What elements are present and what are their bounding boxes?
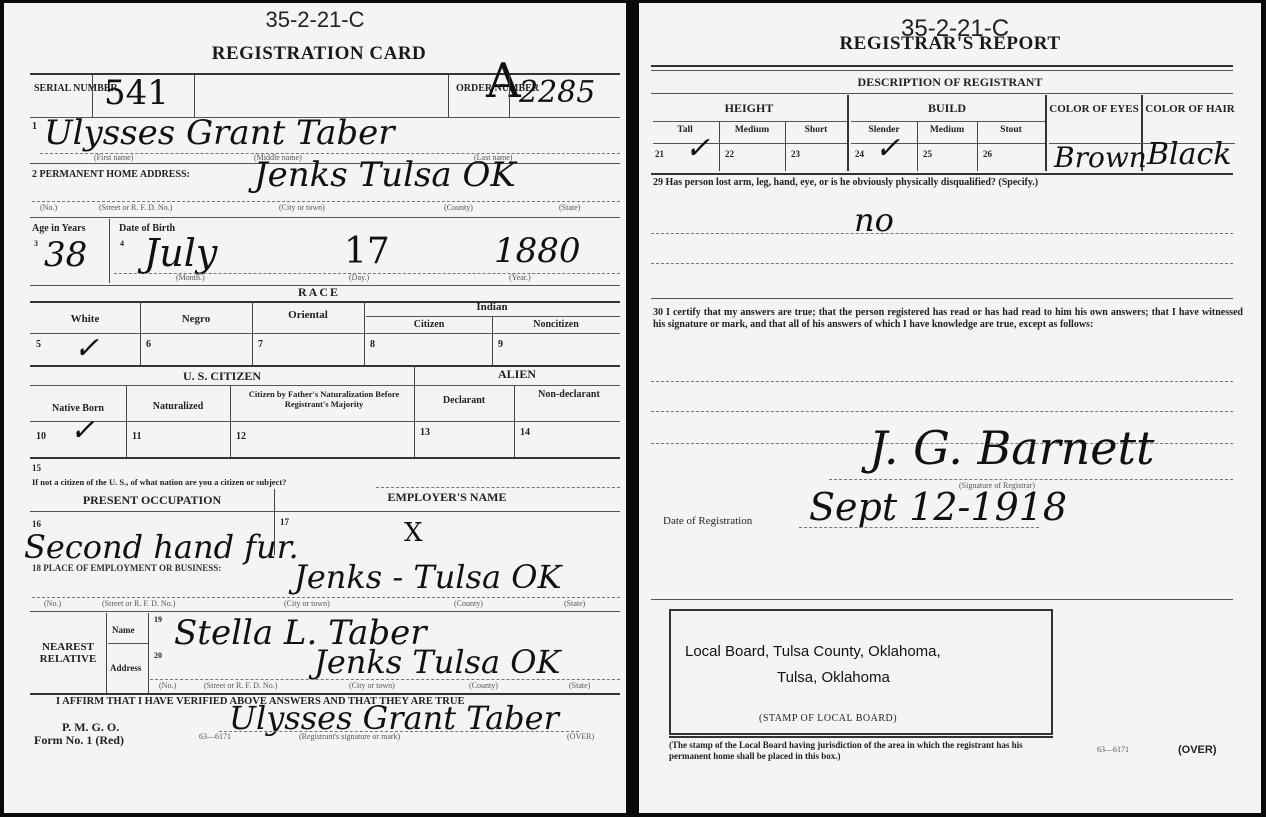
race-white-label: White <box>30 313 140 325</box>
sublabel: (No.) <box>159 681 176 690</box>
height-short-label: Short <box>785 125 847 135</box>
divider <box>108 643 148 644</box>
divider <box>30 385 620 386</box>
name-value: Ulysses Grant Taber <box>44 113 395 153</box>
race-indian-noncitizen-label: Noncitizen <box>492 319 620 330</box>
dotted-line <box>376 487 620 488</box>
divider <box>30 421 620 422</box>
height-tall-checkmark: ✓ <box>685 131 710 166</box>
divider <box>653 121 847 122</box>
card-title: REGISTRATION CARD <box>4 43 626 65</box>
field-number: 5 <box>36 339 41 350</box>
divider <box>651 65 1233 67</box>
divider <box>651 173 1233 175</box>
dotted-line <box>651 263 1233 264</box>
sublabel: (State) <box>559 203 580 212</box>
relative-address-value: Jenks Tulsa OK <box>314 643 560 681</box>
serial-label: SERIAL NUMBER <box>34 83 94 94</box>
field-number: 14 <box>520 427 530 438</box>
divider <box>448 75 449 117</box>
sublabel: (No.) <box>44 599 61 608</box>
sublabel: (State) <box>564 599 585 608</box>
occupation-label: PRESENT OCCUPATION <box>30 493 274 508</box>
field-number: 21 <box>655 149 664 159</box>
registrars-report-card: REGISTRAR'S REPORT 35-2-21-C DESCRIPTION… <box>639 3 1261 813</box>
sublabel: (Month.) <box>176 273 205 282</box>
field-number: 17 <box>280 517 289 527</box>
field-number: 23 <box>791 149 800 159</box>
us-citizen-heading: U. S. CITIZEN <box>30 369 414 384</box>
dotted-line <box>651 411 1233 412</box>
non-declarant-label: Non-declarant <box>529 389 609 400</box>
signature-label: (Registrant's signature or mark) <box>299 732 400 741</box>
sublabel: (City or town) <box>279 203 325 212</box>
race-negro-label: Negro <box>140 313 252 325</box>
field-number: 11 <box>132 431 141 442</box>
dotted-line <box>32 201 620 202</box>
order-mark: A <box>486 53 521 109</box>
eye-color-value: Brown <box>1054 141 1147 174</box>
build-heading: BUILD <box>849 101 1045 116</box>
file-number: 35-2-21-C <box>901 15 1009 43</box>
hair-heading: COLOR OF HAIR <box>1143 103 1237 115</box>
dotted-line <box>651 233 1233 234</box>
field-number: 19 <box>154 615 162 624</box>
height-medium-label: Medium <box>719 125 785 135</box>
dotted-line <box>651 381 1233 382</box>
occupation-value: Second hand fur. <box>24 528 299 566</box>
sublabel: (Year.) <box>509 273 531 282</box>
field-number: 3 <box>34 239 38 248</box>
race-white-checkmark: ✓ <box>74 331 99 366</box>
dob-year: 1880 <box>494 231 581 271</box>
divider <box>92 75 93 117</box>
sublabel: (Street or R. F. D. No.) <box>204 681 277 690</box>
divider <box>653 143 847 144</box>
serial-value: 541 <box>104 73 169 113</box>
field-number: 12 <box>236 431 246 442</box>
divider <box>30 457 620 459</box>
over-label: (OVER) <box>1178 744 1217 756</box>
stamp-note: (The stamp of the Local Board having jur… <box>669 740 1059 762</box>
print-code: 63—6171 <box>199 732 231 741</box>
print-code: 63—6171 <box>1097 745 1129 754</box>
divider <box>194 75 195 117</box>
field-number: 24 <box>855 149 864 159</box>
declarant-label: Declarant <box>414 395 514 406</box>
divider <box>30 511 620 512</box>
sublabel: (County) <box>469 681 498 690</box>
field-number: 4 <box>120 239 124 248</box>
sublabel: (No.) <box>40 203 57 212</box>
registrar-signature: J. G. Barnett <box>869 421 1155 475</box>
field-number: 15 <box>32 463 41 473</box>
native-born-checkmark: ✓ <box>70 413 95 448</box>
sublabel: (State) <box>569 681 590 690</box>
divider <box>669 736 1053 738</box>
q15-text: If not a citizen of the U. S., of what n… <box>32 477 286 487</box>
divider <box>651 298 1233 299</box>
q30-text: 30 I certify that my answers are true; t… <box>653 307 1243 331</box>
dotted-line <box>32 597 620 598</box>
alien-heading: ALIEN <box>414 367 620 382</box>
address-label: 2 PERMANENT HOME ADDRESS: <box>32 169 190 180</box>
race-heading: RACE <box>4 285 626 300</box>
field-number: 8 <box>370 339 375 350</box>
place-label: 18 PLACE OF EMPLOYMENT OR BUSINESS: <box>32 563 221 573</box>
divider <box>30 333 620 334</box>
stamp-line-2: Tulsa, Oklahoma <box>777 669 890 686</box>
address-value: Jenks Tulsa OK <box>254 155 516 195</box>
sublabel: (City or town) <box>284 599 330 608</box>
description-heading: DESCRIPTION OF REGISTRANT <box>639 75 1261 90</box>
build-slender-checkmark: ✓ <box>875 131 900 166</box>
sublabel: (County) <box>454 599 483 608</box>
divider <box>651 93 1233 94</box>
registration-card: 35-2-21-C REGISTRATION CARD SERIAL NUMBE… <box>4 3 626 813</box>
height-heading: HEIGHT <box>651 101 847 116</box>
sublabel: (Day.) <box>349 273 369 282</box>
field-number: 26 <box>983 149 992 159</box>
dotted-line <box>799 527 1039 528</box>
sublabel: (Street or R. F. D. No.) <box>102 599 175 608</box>
order-value: 2285 <box>519 75 595 110</box>
file-number: 35-2-21-C <box>4 7 626 33</box>
divider <box>109 219 110 283</box>
age-value: 38 <box>44 235 87 275</box>
nearest-relative-label: NEAREST RELATIVE <box>32 641 104 665</box>
dotted-line <box>829 479 1233 480</box>
divider <box>651 70 1233 71</box>
eyes-heading: COLOR OF EYES <box>1047 103 1141 115</box>
field-number: 10 <box>36 431 46 442</box>
date-of-registration-value: Sept 12-1918 <box>809 485 1067 529</box>
stamp-label: (STAMP OF LOCAL BOARD) <box>759 713 897 724</box>
sublabel: (City or town) <box>349 681 395 690</box>
citizen-by-father-label: Citizen by Father's Naturalization Befor… <box>234 389 414 409</box>
race-indian-citizen-label: Citizen <box>366 319 492 330</box>
build-stout-label: Stout <box>977 125 1045 135</box>
hair-color-value: Black <box>1147 137 1232 172</box>
employer-value: X <box>404 518 423 548</box>
date-of-registration-label: Date of Registration <box>663 515 752 527</box>
field-number: 25 <box>923 149 932 159</box>
q29-text: 29 Has person lost arm, leg, hand, eye, … <box>653 177 1243 189</box>
relative-name-label: Name <box>112 625 135 635</box>
field-number: 13 <box>420 427 430 438</box>
race-oriental-label: Oriental <box>252 309 364 321</box>
age-label: Age in Years <box>32 223 86 234</box>
divider <box>148 613 149 693</box>
field-number: 6 <box>146 339 151 350</box>
divider <box>30 693 620 695</box>
divider <box>106 613 107 693</box>
stamp-line-1: Local Board, Tulsa County, Oklahoma, <box>685 643 941 660</box>
over-label: (OVER) <box>567 732 594 741</box>
dob-month: July <box>144 231 217 275</box>
build-medium-label: Medium <box>917 125 977 135</box>
naturalized-label: Naturalized <box>126 401 230 412</box>
divider <box>366 316 620 317</box>
divider <box>30 217 620 218</box>
dotted-line <box>150 679 620 680</box>
relative-address-label: Address <box>110 663 141 673</box>
divider <box>30 611 620 612</box>
employer-label: EMPLOYER'S NAME <box>274 490 620 505</box>
field-number: 7 <box>258 339 263 350</box>
race-indian-heading: Indian <box>364 301 620 313</box>
form-number: Form No. 1 (Red) <box>34 733 124 748</box>
place-value: Jenks - Tulsa OK <box>294 558 561 596</box>
divider <box>509 75 510 117</box>
dob-day: 17 <box>344 231 390 272</box>
sublabel: (Street or R. F. D. No.) <box>99 203 172 212</box>
sublabel: (First name) <box>94 153 133 162</box>
field-number: 1 <box>32 121 37 132</box>
sublabel: (County) <box>444 203 473 212</box>
field-number: 9 <box>498 339 503 350</box>
field-number: 22 <box>725 149 734 159</box>
field-number: 20 <box>154 651 162 660</box>
divider <box>851 121 1045 122</box>
divider <box>651 599 1233 600</box>
